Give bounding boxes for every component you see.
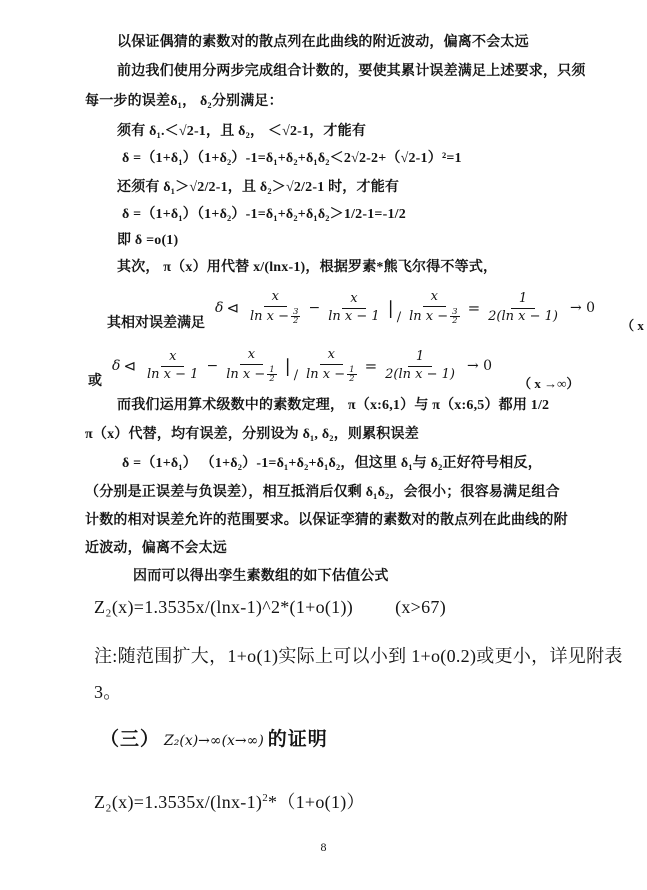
- section-heading-math: Z₂(x)→∞(x→∞): [164, 733, 264, 749]
- fraction-denominator: ln x − 3 2: [407, 307, 461, 327]
- mini-denominator: 2: [452, 317, 457, 326]
- fraction-3: x ln x − 3 2: [407, 290, 461, 327]
- final-formula: Z₂(x)=1.3535x/(lnx-1)2*（1+o(1)）: [94, 786, 365, 814]
- fraction-numerator: x: [342, 292, 365, 309]
- estimate-expression: Z₂(x)=1.3535x/(lnx-1)^2*(1+o(1)): [94, 597, 353, 617]
- fraction-numerator: x: [423, 290, 446, 307]
- limit-condition: （ x →∞）: [518, 373, 579, 392]
- denominator-text: ln x −: [250, 310, 289, 325]
- body-line-11: π（x）代替，均有误差，分别设为 δ₁, δ₂，则累积误差: [85, 425, 419, 445]
- fraction-denominator: ln x − 1: [145, 367, 200, 383]
- less-than-triangle-symbol: ⊲: [123, 357, 136, 375]
- final-formula-pre: Z₂(x)=1.3535x/(lnx-1): [94, 792, 262, 812]
- denominator-text: 2(ln x − 1): [385, 368, 455, 383]
- equals-sign: =: [468, 299, 481, 317]
- body-line-14: 计数的相对误差允许的范围要求。以保证孪猜的素数对的散点列在此曲线的附: [85, 511, 568, 531]
- fraction-denominator: ln x − 1 2: [224, 365, 278, 385]
- fraction-denominator: ln x − 1: [326, 309, 381, 325]
- fraction-1: x ln x − 3 2: [248, 290, 302, 327]
- fraction-numerator: x: [240, 348, 263, 365]
- denominator-text: ln x − 1: [328, 310, 379, 325]
- minus-sign: −: [206, 358, 218, 374]
- denominator-text: ln x −: [226, 368, 265, 383]
- minus-sign: −: [308, 300, 320, 316]
- body-line-10: 而我们运用算术级数中的素数定理， π（x:6,1）与 π（x:6,5）都用 1/…: [117, 396, 549, 416]
- formula-math: δ ⊲ x ln x − 1 − x ln x − 1 2: [112, 348, 492, 385]
- relative-error-formula-2: 或 δ ⊲ x ln x − 1 − x ln x − 1 2: [88, 340, 579, 392]
- body-line-13: （分别是正误差与负误差），相互抵消后仅剩 δ₁δ₂，会很小；很容易满足组合: [85, 483, 560, 503]
- mini-denominator: 2: [293, 317, 298, 326]
- delta-symbol: δ: [215, 300, 223, 316]
- close-abs-bar: |: [285, 356, 291, 377]
- less-than-triangle-symbol: ⊲: [226, 299, 239, 317]
- relative-error-formula-1: 其相对误差满足 δ ⊲ x ln x − 3 2 − x ln x − 1: [107, 282, 647, 334]
- mini-denominator: 2: [269, 375, 274, 384]
- divide-slash: /: [294, 368, 298, 383]
- fraction-2: x ln x − 1 2: [224, 348, 278, 385]
- tends-to-zero: → 0: [570, 300, 595, 316]
- twin-prime-estimate-formula: Z₂(x)=1.3535x/(lnx-1)^2*(1+o(1))(x>67): [94, 595, 446, 619]
- final-formula-post: *（1+o(1)）: [268, 792, 365, 812]
- close-abs-bar: |: [388, 298, 394, 319]
- fraction-2: x ln x − 1: [326, 292, 381, 325]
- body-line-5: δ =（1+δ₁）（1+δ₂）-1=δ₁+δ₂+δ₁δ₂＜2√2-2+（√2-1…: [122, 149, 462, 169]
- denominator-text: ln x −: [306, 368, 345, 383]
- mini-fraction: 3 2: [291, 308, 300, 327]
- body-line-7: δ =（1+δ₁）（1+δ₂）-1=δ₁+δ₂+δ₁δ₂＞1/2-1=-1/2: [122, 205, 406, 225]
- mini-fraction: 1 2: [267, 366, 276, 385]
- fraction-numerator: x: [264, 290, 287, 307]
- mini-fraction: 3 2: [450, 308, 459, 327]
- body-line-4: 须有 δ₁.＜√2-1，且 δ₂， ＜√2-1，才能有: [117, 122, 366, 142]
- limit-condition: （ x →∞）: [621, 315, 647, 334]
- note-line-2: 3。: [94, 680, 122, 704]
- fraction-denominator: 2(ln x − 1): [383, 367, 457, 383]
- fraction-numerator: 1: [511, 292, 535, 309]
- section-heading: （三）Z₂(x)→∞(x→∞)的证明: [100, 727, 328, 754]
- divide-slash: /: [397, 310, 401, 325]
- fraction-4: 1 2(ln x − 1): [383, 350, 457, 383]
- section-heading-suffix: 的证明: [268, 729, 328, 750]
- body-line-2: 前边我们使用分两步完成组合计数的，要使其累计误差满足上述要求，只须: [117, 62, 586, 82]
- fraction-numerator: x: [161, 350, 184, 367]
- mini-denominator: 2: [349, 375, 354, 384]
- body-line-15: 近波动，偏离不会太远: [85, 539, 227, 559]
- body-line-16: 因而可以得出孪生素数组的如下估值公式: [133, 567, 389, 587]
- fraction-1: x ln x − 1: [145, 350, 200, 383]
- tends-to-zero: → 0: [467, 358, 492, 374]
- fraction-3: x ln x − 1 2: [304, 348, 358, 385]
- section-number: （三）: [100, 729, 160, 750]
- formula-math: δ ⊲ x ln x − 3 2 − x ln x − 1: [215, 290, 595, 327]
- estimate-range: (x>67): [395, 597, 446, 617]
- fraction-numerator: x: [320, 348, 343, 365]
- formula-label: 其相对误差满足: [107, 312, 205, 334]
- body-line-3: 每一步的误差δ₁， δ₂分别满足：: [85, 92, 283, 112]
- mini-fraction: 1 2: [347, 366, 356, 385]
- delta-symbol: δ: [112, 358, 120, 374]
- body-line-1: 以保证偶猜的素数对的散点列在此曲线的附近波动，偏离不会太远: [117, 33, 529, 53]
- fraction-4: 1 2(ln x − 1): [486, 292, 560, 325]
- fraction-numerator: 1: [408, 350, 432, 367]
- body-line-12: δ =（1+δ₁） （1+δ₂）-1=δ₁+δ₂+δ₁δ₂，但这里 δ₁与 δ₂…: [122, 454, 542, 474]
- equals-sign: =: [365, 357, 378, 375]
- fraction-denominator: 2(ln x − 1): [486, 309, 560, 325]
- note-line-1: 注:随范围扩大，1+o(1)实际上可以小到 1+o(0.2)或更小，详见附表: [94, 644, 623, 668]
- denominator-text: 2(ln x − 1): [488, 310, 558, 325]
- denominator-text: ln x −: [409, 310, 448, 325]
- body-line-6: 还须有 δ₁＞√2/2-1，且 δ₂＞√2/2-1 时，才能有: [117, 178, 399, 198]
- page-number: 8: [0, 840, 647, 855]
- body-line-9: 其次， π（x）用代替 x/(lnx-1)，根据罗素*熊飞尔得不等式，: [117, 258, 497, 278]
- formula-label: 或: [88, 370, 102, 392]
- document-page: 以保证偶猜的素数对的散点列在此曲线的附近波动，偏离不会太远 前边我们使用分两步完…: [0, 0, 647, 890]
- denominator-text: ln x − 1: [147, 368, 198, 383]
- fraction-denominator: ln x − 3 2: [248, 307, 302, 327]
- body-line-8: 即 δ =o(1): [117, 231, 178, 251]
- fraction-denominator: ln x − 1 2: [304, 365, 358, 385]
